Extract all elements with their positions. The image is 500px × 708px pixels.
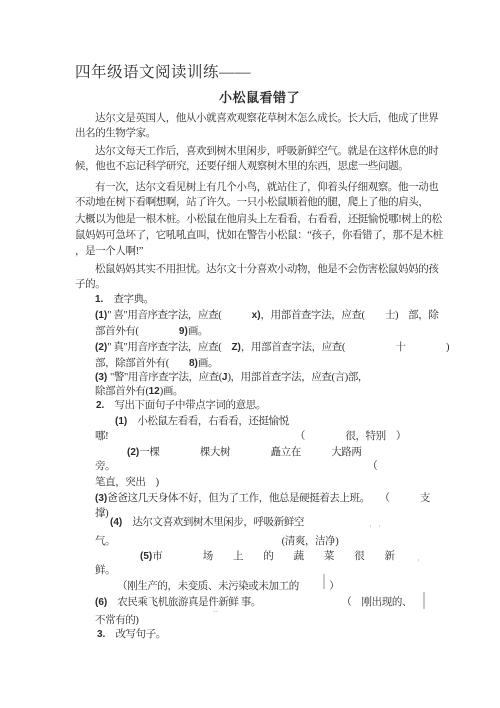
exercise-2-item2-line1: (2)一棵 棵大树 矗立在 大路两	[127, 446, 361, 459]
story-p3-line3: 大概以为他是一根木桩。小松鼠在他肩头上左看看，右看看，还挺愉悦哪!树上的松	[75, 213, 442, 226]
answer-text: (3)	[95, 372, 110, 383]
answer-text: 9)	[179, 326, 188, 337]
text-segment: )画。	[160, 386, 183, 397]
exercise-2-item2-line2: 旁。 （	[95, 460, 377, 473]
answer-text: (3)	[95, 493, 107, 504]
text-segment: 画。	[198, 358, 218, 369]
story-p3-line4: 鼠妈妈可急坏了，它吼吼直叫，忧如在警告小松鼠：“孩子，你看错了，那不是木桩	[75, 229, 443, 242]
text-segment: 松鼠妈妈其实不用担忧。达尔文十分喜欢小动物，他是不会伤害松鼠妈妈的孩	[95, 264, 438, 275]
text-segment: 候，他也不忘记科学研究，还要仔细人观察树木里的东西，思虑一些问题。	[75, 161, 408, 172]
story-p3-line1: 有一次，达尔文看见树上有几个小鸟，就站住了，仰着头仔细观察。他一动也	[95, 181, 438, 194]
text-segment: 画。	[188, 326, 208, 337]
exercise-2-item6-line2: 不常有的)	[95, 614, 139, 627]
document-page: 四年级语文阅读训练—— 小松鼠看错了 达尔文是英国人，他从小就喜欢观察花草树木怎…	[0, 0, 500, 708]
text-segment: 鼠妈妈可急坏了，它吼吼直叫，忧如在警告小松鼠：“孩子，你看错了，那不是木桩	[75, 230, 443, 241]
scan-artifact-mark-3: --	[213, 607, 218, 615]
text-segment: （刚生产的，未变质、未污染或未加工的 ）	[117, 581, 339, 592]
text-segment: 子的。	[75, 279, 105, 290]
text-segment: 查字典。	[103, 294, 154, 305]
exercise-2-item6-line1: (6) 农民乘飞机旅游真是件新鲜 事。 （ 刚出现的、	[95, 596, 412, 609]
text-segment: )，用部首查字法，应查(言)部，	[227, 372, 368, 383]
text-segment: 大概以为他是一根木桩。小松鼠在他肩头上左看看，右看看，还挺愉悦哪!树上的松	[75, 214, 442, 225]
answer-text: (5)	[140, 551, 152, 562]
text-segment: " 真"用音序查字法，应查(	[107, 342, 231, 353]
text-segment: 哪! （ 很，特别 ）	[95, 431, 406, 442]
text-segment: ，是一个人啊!”	[75, 246, 143, 257]
text-segment: 爸爸这几天身体不好，但为了工作，他总是硬挺着去上班。 （ 支	[107, 493, 430, 504]
text-segment: 部首外有(	[95, 326, 179, 337]
text-segment: 出名的生物学家。	[75, 128, 156, 139]
story-p1-line2: 出名的生物学家。	[75, 127, 156, 140]
story-p3-line5: ，是一个人啊!”	[75, 245, 143, 258]
exercise-2-item2-line3: 笔直，突出 )	[95, 476, 159, 489]
text-segment: "警"用音序查字法，应查(	[110, 372, 222, 383]
story-p4-line1: 松鼠妈妈其实不用担忧。达尔文十分喜欢小动物，他是不会伤害松鼠妈妈的孩	[95, 263, 438, 276]
story-p3-line2: 不动地在树下看啊想啊，站了许久。一只小松鼠顺着他的腿，爬上了他的肩头，	[75, 196, 429, 209]
answer-text: 8)	[189, 358, 198, 369]
text-segment: 达尔文每天工作后，喜欢到树木里闲步，呼吸新鲜空气。就是在这样休息的时	[95, 146, 438, 157]
scan-artifact-vline-1	[323, 574, 325, 589]
text-segment: " 喜"用音序查字法，应查(	[107, 310, 251, 321]
text-segment: 农民乘飞机旅游真是件新鲜 事。 （ 刚出现的、	[107, 597, 412, 608]
exercise-2-item5-line1: (5)市 场 上 的 蔬 菜 很 新	[140, 550, 395, 563]
exercise-1-item2-line2: 部，除部首外有( 8)画。	[95, 357, 218, 370]
text-segment: 不常有的)	[95, 615, 139, 626]
scan-artifact-mark-2: ＇	[415, 558, 422, 568]
exercise-2-item3-line1: (3)爸爸这几天身体不好，但为了工作，他总是硬挺着去上班。 （ 支	[95, 492, 430, 505]
exercise-3-heading: 3. 改写句子。	[97, 628, 166, 641]
answer-text: 12	[149, 386, 160, 397]
scan-artifact-mark-1: ＇ ＇	[367, 524, 383, 534]
text-segment: ，用部首查字法，应查( 士) 部，除	[261, 310, 439, 321]
text-segment: 旁。 （	[95, 461, 377, 472]
exercise-1-item3-line2: 除部首外有(12)画。	[95, 385, 183, 398]
exercise-1-item2-line1: (2)" 真"用音序查字法，应查( Z)，用部首查字法，应查( 十 )	[95, 341, 449, 354]
text-segment: 改写句子。	[105, 629, 166, 640]
exercise-2-item4-line2: 气。 (清爽，洁净)	[95, 535, 338, 548]
text-segment: 一棵 棵大树 矗立在 大路两	[139, 447, 361, 458]
exercise-2-item1-line1: (1) 小松鼠左看看，右看看，还挺愉悦	[115, 415, 289, 428]
text-segment: 鲜。	[95, 565, 115, 576]
text-segment: 市 场 上 的 蔬 菜 很 新	[152, 551, 394, 562]
text-segment: 撑)	[95, 508, 108, 519]
exercise-1-heading: 1. 查字典。	[95, 293, 154, 306]
text-segment: 不动地在树下看啊想啊，站了许久。一只小松鼠顺着他的腿，爬上了他的肩头，	[75, 197, 429, 208]
document-subtitle: 小松鼠看错了	[219, 87, 300, 106]
exercise-2-item4-line1: (4) 达尔文喜欢到树木里闲步，呼吸新鲜空	[110, 516, 304, 529]
answer-text: Z)	[231, 342, 240, 353]
scan-artifact-vline-2	[423, 592, 425, 609]
story-p4-line2: 子的。	[75, 278, 105, 291]
exercise-1-item3-line1: (3) "警"用音序查字法，应查(J)，用部首查字法，应查(言)部，	[95, 371, 368, 384]
text-segment: 写出下面句子中带点字词的意思。	[104, 400, 266, 411]
text-segment: 达尔文喜欢到树木里闲步，呼吸新鲜空	[122, 517, 304, 528]
answer-text: x)	[252, 310, 261, 321]
text-segment: 除部首外有(	[95, 386, 149, 397]
story-p2-line2: 候，他也不忘记科学研究，还要仔细人观察树木里的东西，思虑一些问题。	[75, 160, 408, 173]
answer-text: (1)	[115, 416, 127, 427]
document-title: 四年级语文阅读训练——	[75, 60, 251, 82]
exercise-1-item1-line2: 部首外有( 9)画。	[95, 325, 208, 338]
text-segment: 达尔文是英国人，他从小就喜欢观察花草树木怎么成长。长大后，他成了世界	[95, 113, 438, 124]
exercise-2-heading: 2. 写出下面句子中带点字词的意思。	[96, 399, 266, 412]
story-p2-line1: 达尔文每天工作后，喜欢到树木里闲步，呼吸新鲜空气。就是在这样休息的时	[95, 145, 438, 158]
exercise-2-item5-line3: （刚生产的，未变质、未污染或未加工的 ）	[117, 580, 339, 593]
text-segment: 笔直，突出 )	[95, 477, 159, 488]
exercise-2-item1-line2: 哪! （ 很，特别 ）	[95, 430, 406, 443]
text-segment: 有一次，达尔文看见树上有几个小鸟，就站住了，仰着头仔细观察。他一动也	[95, 182, 438, 193]
answer-text: (1)	[95, 310, 107, 321]
answer-text: (4)	[110, 517, 122, 528]
exercise-2-item3-line2: 撑)	[95, 507, 108, 520]
text-segment: 气。 (清爽，洁净)	[95, 536, 338, 547]
text-segment: 小松鼠左看看，右看看，还挺愉悦	[127, 416, 289, 427]
story-p1-line1: 达尔文是英国人，他从小就喜欢观察花草树木怎么成长。长大后，他成了世界	[95, 112, 438, 125]
text-segment: ，用部首查字法，应查( 十 )	[241, 342, 449, 353]
answer-text: (2)	[127, 447, 139, 458]
answer-text: (2)	[95, 342, 107, 353]
exercise-2-item5-line2: 鲜。	[95, 564, 115, 577]
answer-text: (6)	[95, 597, 107, 608]
text-segment: 部，除部首外有(	[95, 358, 189, 369]
exercise-1-item1-line1: (1)" 喜"用音序查字法，应查( x)，用部首查字法，应查( 士) 部，除	[95, 309, 438, 322]
